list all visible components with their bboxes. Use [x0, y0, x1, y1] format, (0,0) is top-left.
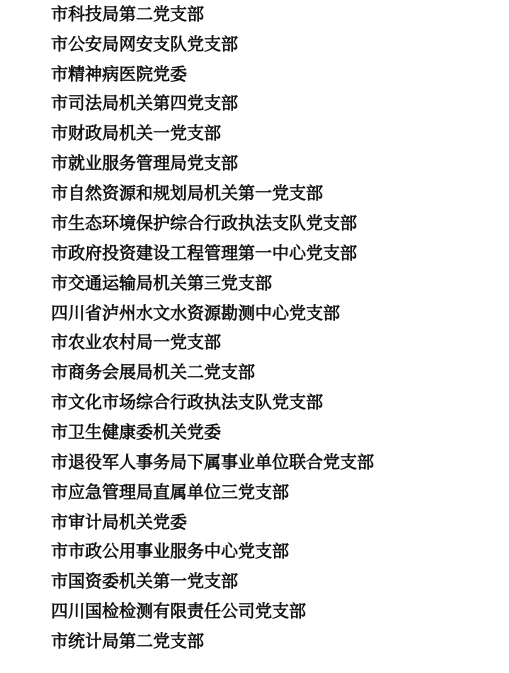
list-item: 市公安局网安支队党支部 — [51, 30, 238, 60]
list-item: 市科技局第二党支部 — [51, 0, 204, 30]
list-item: 市退役军人事务局下属事业单位联合党支部 — [51, 448, 374, 478]
list-item: 市生态环境保护综合行政执法支队党支部 — [51, 209, 357, 239]
list-item: 市文化市场综合行政执法支队党支部 — [51, 388, 323, 418]
list-item: 市卫生健康委机关党委 — [51, 418, 221, 448]
list-item: 市审计局机关党委 — [51, 508, 187, 538]
list-item: 市农业农村局一党支部 — [51, 328, 221, 358]
list-item: 市精神病医院党委 — [51, 60, 187, 90]
list-item: 四川国检检测有限责任公司党支部 — [51, 597, 306, 627]
list-item: 市商务会展局机关二党支部 — [51, 358, 255, 388]
list-item: 市市政公用事业服务中心党支部 — [51, 537, 289, 567]
list-item: 市就业服务管理局党支部 — [51, 149, 238, 179]
list-item: 市统计局第二党支部 — [51, 627, 204, 657]
list-item: 四川省泸州水文水资源勘测中心党支部 — [51, 299, 340, 329]
list-item: 市应急管理局直属单位三党支部 — [51, 478, 289, 508]
list-item: 市政府投资建设工程管理第一中心党支部 — [51, 239, 357, 269]
list-item: 市交通运输局机关第三党支部 — [51, 269, 272, 299]
list-item: 市自然资源和规划局机关第一党支部 — [51, 179, 323, 209]
list-item: 市财政局机关一党支部 — [51, 119, 221, 149]
list-item: 市国资委机关第一党支部 — [51, 567, 238, 597]
list-item: 市司法局机关第四党支部 — [51, 89, 238, 119]
